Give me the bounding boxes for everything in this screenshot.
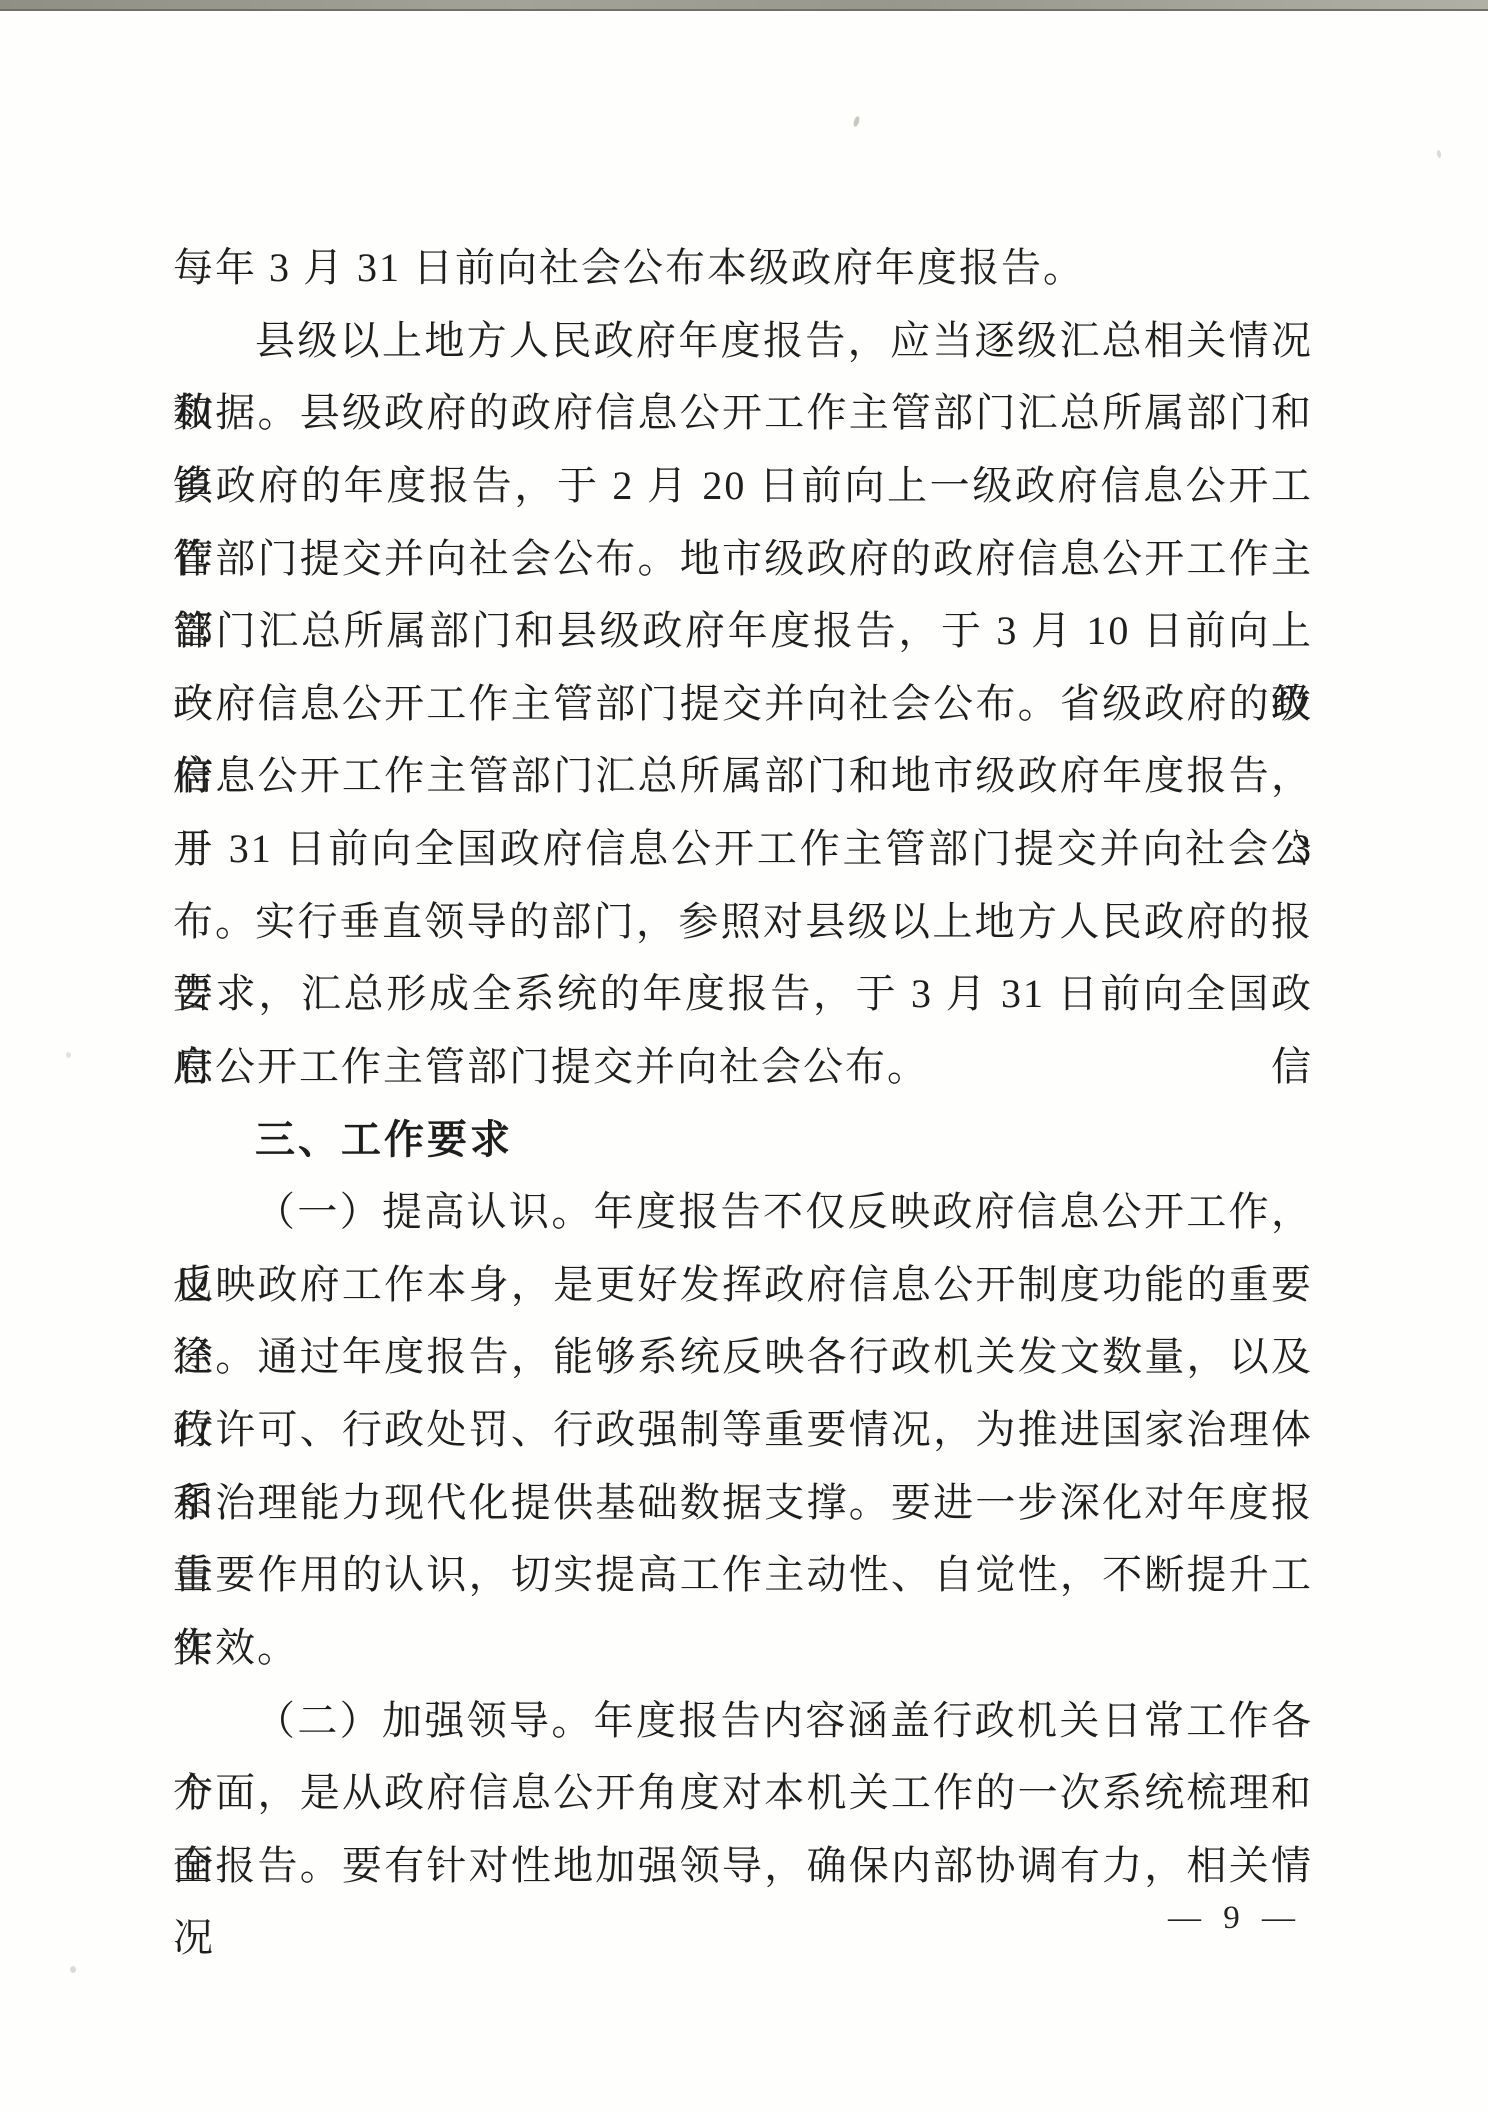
text-line: 面报告。要有针对性地加强领导，确保内部协调有力，相关情况 [173,1830,1313,1903]
scan-speck [70,1966,76,1973]
text-line: 重要作用的认识，切实提高工作主动性、自觉性，不断提升工作 [173,1539,1313,1612]
scan-edge-artifact [0,0,1488,11]
scan-speck [66,1052,71,1058]
text-line: 镇政府的年度报告，于 2 月 20 日前向上一级政府信息公开工作主 [173,450,1313,523]
scan-speck [1436,150,1441,159]
text-line: 每年 3 月 31 日前向社会公布本级政府年度报告。 [173,232,1313,305]
text-line: 和治理能力现代化提供基础数据支撑。要进一步深化对年度报告 [173,1467,1313,1540]
text-line: （一）提高认识。年度报告不仅反映政府信息公开工作，也 [173,1176,1313,1249]
text-line: 实效。 [173,1612,1313,1685]
section-heading: 三、工作要求 [173,1104,1313,1177]
text-line: 反映政府工作本身，是更好发挥政府信息公开制度功能的重要途 [173,1249,1313,1322]
text-line: 要求，汇总形成全系统的年度报告，于 3 月 31 日前向全国政府信 [173,958,1313,1031]
text-line: （二）加强领导。年度报告内容涵盖行政机关日常工作各个 [173,1685,1313,1758]
text-line: 方面，是从政府信息公开角度对本机关工作的一次系统梳理和全 [173,1757,1313,1830]
document-body: 每年 3 月 31 日前向社会公布本级政府年度报告。县级以上地方人民政府年度报告… [173,232,1313,1902]
text-line: 管部门提交并向社会公布。地市级政府的政府信息公开工作主管 [173,523,1313,596]
text-line: 月 31 日前向全国政府信息公开工作主管部门提交并向社会公布。 [173,813,1313,886]
text-line: 部门汇总所属部门和县级政府年度报告，于 3 月 10 日前向上一级 [173,595,1313,668]
text-line: 县级以上地方人民政府年度报告，应当逐级汇总相关情况和 [173,305,1313,378]
text-line: 数据。县级政府的政府信息公开工作主管部门汇总所属部门和乡 [173,377,1313,450]
text-line: 实行垂直领导的部门，参照对县级以上地方人民政府的报告 [173,886,1313,959]
document-page: 每年 3 月 31 日前向社会公布本级政府年度报告。县级以上地方人民政府年度报告… [0,0,1488,2112]
text-line: 信息公开工作主管部门汇总所属部门和地市级政府年度报告，于 3 [173,740,1313,813]
text-line: 政府信息公开工作主管部门提交并向社会公布。省级政府的政府 [173,668,1313,741]
text-line: 径。通过年度报告，能够系统反映各行政机关发文数量，以及行 [173,1321,1313,1394]
text-line: 政许可、行政处罚、行政强制等重要情况，为推进国家治理体系 [173,1394,1313,1467]
page-number: — 9 — [1168,1898,1302,1938]
scan-speck [852,115,860,127]
